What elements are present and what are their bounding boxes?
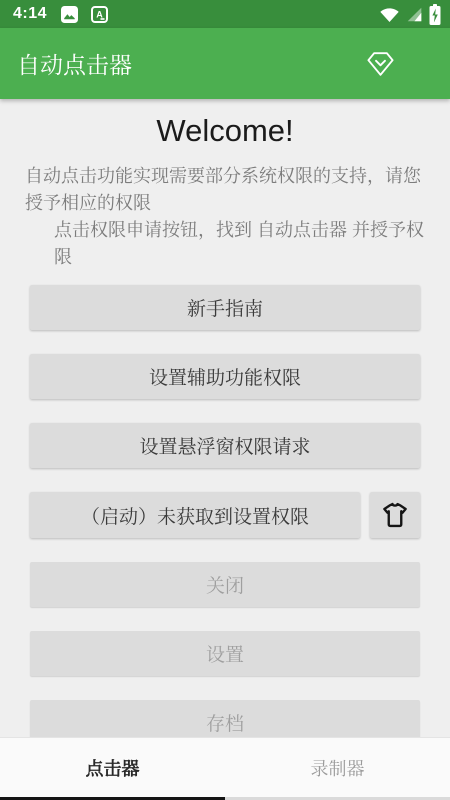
start-button[interactable]: （启动）未获取到设置权限 bbox=[30, 492, 360, 538]
battery-charging-icon bbox=[429, 4, 441, 25]
intro-line-3: 点击权限申请按钮，找到 自动点击器 并授予权限 bbox=[25, 217, 425, 271]
welcome-heading: Welcome! bbox=[0, 112, 450, 150]
wifi-icon bbox=[379, 6, 400, 23]
diamond-icon bbox=[365, 50, 396, 78]
tab-clicker[interactable]: 点击器 bbox=[0, 738, 225, 800]
bottom-tab-bar: 点击器 录制器 bbox=[0, 737, 450, 800]
intro-line-1: 自动点击功能实现需要部分系统权限的支持，请您 bbox=[25, 163, 425, 190]
premium-button[interactable] bbox=[356, 40, 404, 88]
settings-button[interactable]: 设置 bbox=[30, 631, 420, 676]
image-notification-icon bbox=[61, 6, 78, 23]
theme-button[interactable] bbox=[370, 492, 420, 538]
svg-text:A: A bbox=[96, 9, 103, 19]
accessibility-permission-button[interactable]: 设置辅助功能权限 bbox=[30, 354, 420, 399]
button-column: 新手指南 设置辅助功能权限 设置悬浮窗权限请求 （启动）未获取到设置权限 关闭 … bbox=[30, 285, 420, 745]
main-content: Welcome! 自动点击功能实现需要部分系统权限的支持，请您 授予相应的权限 … bbox=[0, 112, 450, 745]
phone-screen: 4:14 A bbox=[0, 0, 450, 800]
beginner-guide-button[interactable]: 新手指南 bbox=[30, 285, 420, 330]
clock: 4:14 bbox=[13, 5, 47, 23]
app-title: 自动点击器 bbox=[17, 47, 356, 80]
status-bar: 4:14 A bbox=[0, 0, 450, 28]
start-row: （启动）未获取到设置权限 bbox=[30, 492, 420, 538]
overflow-menu-button[interactable] bbox=[404, 40, 444, 88]
app-bar: 自动点击器 bbox=[0, 28, 450, 99]
cell-signal-icon bbox=[406, 6, 423, 23]
tab-recorder[interactable]: 录制器 bbox=[225, 738, 450, 800]
intro-line-2: 授予相应的权限 bbox=[25, 190, 425, 217]
close-button[interactable]: 关闭 bbox=[30, 562, 420, 607]
overlay-permission-button[interactable]: 设置悬浮窗权限请求 bbox=[30, 423, 420, 468]
permission-instructions: 自动点击功能实现需要部分系统权限的支持，请您 授予相应的权限 点击权限申请按钮，… bbox=[25, 163, 425, 271]
tshirt-icon bbox=[380, 500, 410, 530]
letter-a-notification-icon: A bbox=[91, 6, 108, 23]
